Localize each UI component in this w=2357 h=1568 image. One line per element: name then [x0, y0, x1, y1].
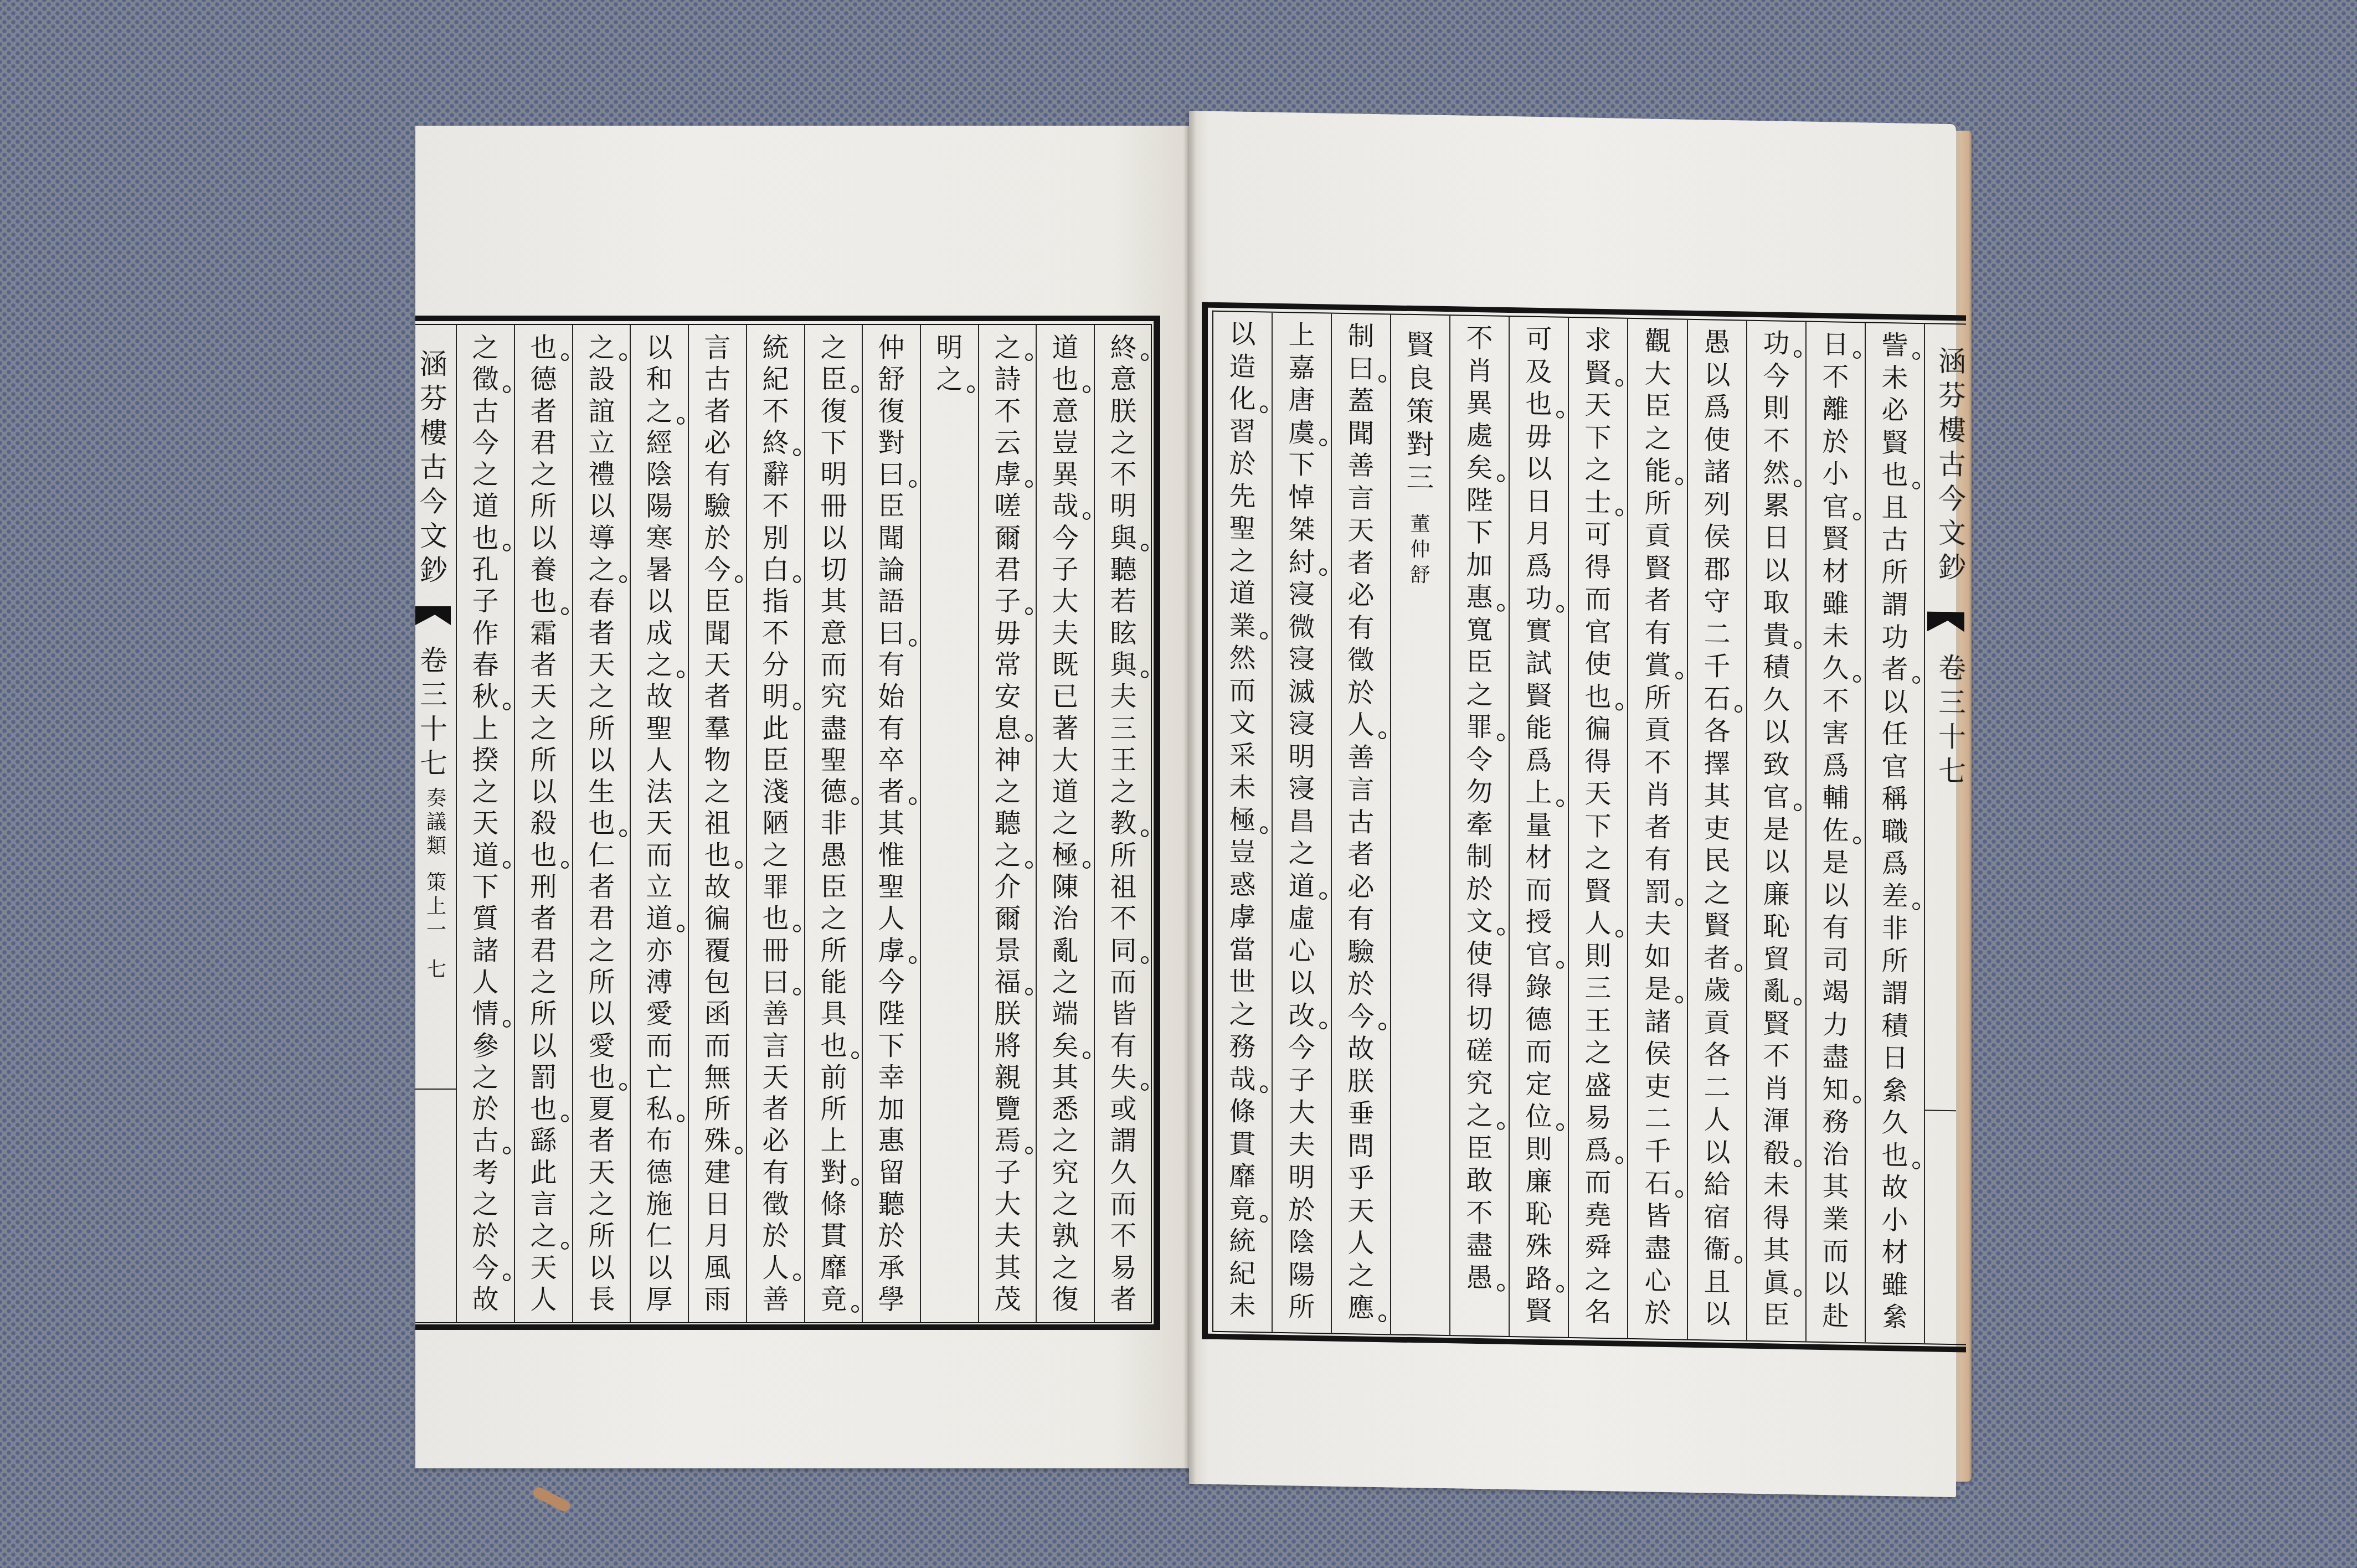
character: 覽 [979, 1094, 1036, 1125]
character: 名 [1569, 1296, 1627, 1329]
character: 故 [1332, 1033, 1390, 1066]
character: 哉 [1037, 491, 1094, 522]
punctuation-circle [561, 353, 569, 361]
punctuation-circle [619, 353, 627, 361]
punctuation-circle [1025, 861, 1033, 869]
character: 歲 [1688, 974, 1746, 1007]
punctuation-circle [1794, 1289, 1802, 1297]
punctuation-circle [1912, 902, 1920, 910]
character: 而 [805, 649, 862, 681]
punctuation-circle [1319, 439, 1327, 446]
character: 者 [515, 649, 572, 681]
character: 議 [420, 811, 453, 834]
character: 云 [979, 427, 1036, 459]
character: 貢 [1629, 519, 1687, 553]
character: 謂 [1866, 588, 1924, 621]
punctuation-circle [1735, 964, 1742, 972]
character: 竟 [1213, 1192, 1272, 1225]
character: 天 [573, 1157, 630, 1189]
character: 天 [689, 649, 746, 681]
character: 久 [1866, 1106, 1924, 1139]
character: 十 [415, 712, 452, 746]
punctuation-circle [503, 544, 511, 551]
character: 此 [515, 1157, 572, 1189]
character: 以 [631, 1252, 688, 1284]
paper-debris-speck [531, 1486, 572, 1514]
character: 學 [863, 1284, 920, 1316]
character: 錄 [1510, 971, 1568, 1004]
character: 布 [631, 1125, 688, 1157]
character: 以 [1273, 967, 1331, 1000]
character: 論 [863, 554, 920, 586]
character: 貴 [1747, 618, 1805, 652]
character: 七 [420, 958, 453, 982]
character: 非 [1866, 912, 1924, 945]
character: 久 [1747, 683, 1805, 716]
character: 不 [1747, 1040, 1805, 1073]
text-column: 之詩不云虖嗟爾君子毋常安息神之聽之介爾景福朕將親覽焉子大夫其茂 [978, 325, 1036, 1322]
character: 也 [689, 840, 746, 871]
punctuation-circle [503, 861, 511, 869]
fish-tail-ornament-icon [415, 606, 451, 625]
character: 賢 [1391, 328, 1449, 362]
character: 於 [1450, 873, 1509, 906]
character: 其 [1037, 1062, 1094, 1094]
character: 恥 [1510, 1198, 1568, 1231]
character: 積 [1866, 1009, 1924, 1043]
character: 故 [689, 871, 746, 903]
punctuation-circle [967, 385, 975, 393]
character: 觀 [1629, 325, 1687, 358]
character: 臣 [1450, 646, 1509, 679]
punctuation-circle [1853, 1096, 1861, 1103]
character: 道 [1037, 776, 1094, 808]
leaf-number: 七 [420, 958, 453, 982]
character: 日 [1807, 328, 1865, 361]
character: 者 [515, 396, 572, 427]
character: 有 [1332, 611, 1390, 644]
character: 陛 [1450, 484, 1509, 517]
character: 也 [805, 1030, 862, 1062]
character: 必 [689, 427, 746, 459]
character: 上 [1510, 776, 1568, 809]
punctuation-circle [1497, 733, 1505, 741]
character: 竭 [1807, 976, 1865, 1009]
character: 能 [1629, 455, 1687, 488]
character: 樓 [415, 416, 452, 450]
punctuation-circle [1794, 350, 1802, 358]
character: 則 [1747, 392, 1805, 425]
character: 雖 [1807, 587, 1865, 620]
character: 貿 [1747, 942, 1805, 976]
character: 之 [689, 776, 746, 808]
right-page: 訾未必賢也且古所謂功者以任官稱職爲差非所謂積日絫久也故小材雖絫 日不離於小官賢材… [1189, 111, 1956, 1497]
character: 子 [1273, 1064, 1331, 1097]
character: 君 [515, 427, 572, 459]
character: 吏 [1688, 812, 1746, 845]
character: 吏 [1629, 1070, 1687, 1103]
character: 繇 [515, 1125, 572, 1157]
character: 舒 [863, 364, 920, 395]
character: 徵 [747, 1189, 804, 1220]
character: 肖 [1629, 778, 1687, 812]
character: 其 [979, 1252, 1036, 1284]
character: 白 [747, 554, 804, 586]
character: 此 [747, 713, 804, 745]
punctuation-circle [1556, 961, 1564, 969]
character: 考 [457, 1157, 514, 1189]
character: 今 [457, 427, 514, 459]
left-page: 終意朕之不明與聽若眩與夫三王之教所祖不同而皆有失或謂久而不易者 道也意豈異哉今子… [415, 126, 1189, 1468]
punctuation-circle [1556, 605, 1564, 612]
character: 未 [1866, 362, 1924, 395]
character: 三 [1936, 685, 1969, 720]
character: 務 [1213, 1030, 1272, 1064]
character: 同 [1095, 935, 1152, 967]
character: 下 [1569, 421, 1627, 454]
character: 聖 [863, 871, 920, 903]
punctuation-circle [1319, 568, 1327, 576]
column-text: 統紀不終辭不別白指不分明此臣淺陋之罪也冊曰善言天者必有徵於人善 [747, 332, 804, 1316]
character: 道 [1037, 332, 1094, 364]
punctuation-circle [503, 1020, 511, 1028]
character: 卷 [415, 643, 452, 678]
character: 大 [1037, 745, 1094, 776]
character: 也 [1866, 458, 1924, 492]
character: 寬 [1450, 613, 1509, 647]
punctuation-circle [561, 861, 569, 869]
character: 心 [1629, 1264, 1687, 1297]
character: 者 [747, 1094, 804, 1125]
character: 之 [979, 840, 1036, 871]
character: 人 [1332, 709, 1390, 742]
character: 以 [573, 491, 630, 522]
punctuation-circle [851, 797, 859, 805]
character: 建 [689, 1157, 746, 1189]
character: 也 [573, 1062, 630, 1094]
punctuation-circle [1675, 477, 1683, 485]
character: 材 [1866, 1236, 1924, 1269]
character: 必 [747, 1125, 804, 1157]
text-column: 道也意豈異哉今子大夫既已著大道之極陳治亂之端矣其悉之究之孰之復 [1036, 325, 1094, 1322]
character: 有 [689, 459, 746, 491]
punctuation-circle [1556, 1285, 1564, 1293]
character: 哉 [1213, 1062, 1272, 1096]
character: 子 [1037, 554, 1094, 586]
character: 而 [1510, 874, 1568, 907]
character: 亡 [631, 1062, 688, 1094]
punctuation-circle [503, 703, 511, 710]
character: 類 [420, 834, 453, 858]
character: 景 [979, 935, 1036, 967]
character: 衞 [1688, 1233, 1746, 1266]
character: 則 [1569, 939, 1627, 972]
character: 寖 [1273, 578, 1331, 611]
character: 之 [1095, 776, 1152, 808]
character: 使 [1569, 648, 1627, 681]
character: 所 [1095, 840, 1152, 871]
character: 取 [1747, 586, 1805, 620]
character: 異 [1037, 459, 1094, 491]
character: 切 [1450, 1002, 1509, 1035]
column-text: 仲舒復對曰臣聞論語曰有始有卒者其惟聖人虖今陛下幸加惠留聽於承學 [863, 332, 920, 1316]
character: 以 [1688, 1298, 1746, 1331]
character: 之 [573, 681, 630, 713]
character: 情 [457, 998, 514, 1030]
character: 條 [805, 1189, 862, 1220]
character: 復 [863, 396, 920, 427]
character: 日 [1866, 1041, 1924, 1075]
character: 仁 [573, 840, 630, 871]
character: 立 [573, 427, 630, 459]
character: 今 [1747, 359, 1805, 393]
character: 愚 [1450, 1261, 1509, 1294]
character: 復 [805, 396, 862, 427]
punctuation-circle [1615, 1156, 1623, 1164]
character: 爲 [1510, 744, 1568, 777]
character: 謂 [1095, 1125, 1152, 1157]
character: 嘉 [1273, 351, 1331, 384]
character: 天 [515, 1252, 572, 1284]
column-text: 求賢天下之士可得而官使也徧得天下之賢人則三王之盛易爲而堯舜之名 [1569, 324, 1627, 1329]
character: 物 [689, 745, 746, 776]
character: 以 [1688, 1136, 1746, 1169]
column-text: 明之 [921, 332, 978, 396]
character: 小 [1807, 457, 1865, 491]
character: 求 [1569, 324, 1627, 357]
character: 使 [1450, 937, 1509, 971]
character: 也 [573, 808, 630, 839]
character: 終 [747, 427, 804, 459]
character: 人 [515, 1284, 572, 1316]
character: 郡 [1688, 553, 1746, 586]
character: 董 [1391, 511, 1449, 538]
character: 而 [1095, 1189, 1152, 1220]
character: 留 [863, 1157, 920, 1189]
character: 心 [1273, 934, 1331, 967]
punctuation-circle [1141, 829, 1149, 837]
punctuation-circle [793, 703, 801, 710]
punctuation-circle [1912, 675, 1920, 683]
character: 曰 [1332, 352, 1390, 385]
character: 人 [631, 745, 688, 776]
character: 者 [1332, 838, 1390, 871]
character: 天 [1332, 514, 1390, 548]
character: 必 [1332, 579, 1390, 612]
character: 以 [1747, 554, 1805, 587]
punctuation-circle [619, 1083, 627, 1091]
text-column: 仲舒復對曰臣聞論語曰有始有卒者其惟聖人虖今陛下幸加惠留聽於承學 [862, 325, 920, 1322]
character: 春 [573, 586, 630, 617]
character: 而 [1213, 674, 1272, 707]
character: 之 [631, 649, 688, 681]
character: 三 [1095, 713, 1152, 745]
character: 芬 [1936, 379, 1969, 414]
text-column: 以造化習於先聖之道業然而文采未極豈惑虖當世之務哉條貫靡竟統紀未 [1213, 312, 1273, 1332]
character: 涵 [1936, 344, 1969, 379]
character: 日 [1747, 522, 1805, 555]
character: 二 [1629, 1102, 1687, 1136]
character: 定 [1510, 1068, 1568, 1101]
text-column: 明之 [920, 325, 978, 1322]
character: 上 [457, 713, 514, 745]
character: 之 [457, 1062, 514, 1094]
character: 民 [1688, 844, 1746, 878]
character: 輔 [1807, 781, 1865, 814]
character: 化 [1213, 383, 1272, 416]
character: 之 [1213, 998, 1272, 1031]
character: 條 [1213, 1095, 1272, 1128]
character: 古 [457, 1125, 514, 1157]
character: 渾 [1747, 1105, 1805, 1138]
character: 者 [1332, 546, 1390, 580]
punctuation-circle [1025, 353, 1033, 361]
punctuation-circle [503, 1273, 511, 1281]
character: 上 [1273, 319, 1331, 352]
character: 而 [1095, 967, 1152, 998]
character: 故 [457, 1284, 514, 1316]
character: 於 [689, 523, 746, 554]
character: 天 [457, 808, 514, 839]
punctuation-circle [1025, 1147, 1033, 1154]
character: 善 [1332, 741, 1390, 774]
punctuation-circle [1378, 1023, 1386, 1030]
character: 之 [457, 459, 514, 491]
character: 是 [1807, 846, 1865, 879]
punctuation-circle [793, 925, 801, 932]
column-text: 以造化習於先聖之道業然而文采未極豈惑虖當世之務哉條貫靡竟統紀未 [1213, 318, 1272, 1323]
character: 道 [457, 840, 514, 871]
character: 賢 [1510, 1294, 1568, 1328]
punctuation-circle [1497, 474, 1505, 482]
character: 悉 [1037, 1094, 1094, 1125]
character: 加 [1450, 549, 1509, 582]
character: 以 [1807, 879, 1865, 912]
heading-column: 賢良策對三 董仲舒 [1391, 314, 1450, 1335]
punctuation-circle [909, 480, 917, 488]
character: 惟 [863, 840, 920, 871]
punctuation-circle [1025, 480, 1033, 488]
character: 古 [689, 364, 746, 395]
column-text: 言古者必有驗於今臣聞天者羣物之祖也故徧覆包函而無所殊建日月風雨 [689, 332, 746, 1316]
character: 當 [1213, 933, 1272, 966]
character: 訾 [1866, 329, 1924, 362]
character: 長 [573, 1284, 630, 1316]
character: 之 [1037, 1252, 1094, 1284]
character: 之 [631, 396, 688, 427]
book-title: 涵芬樓古今文鈔 [1936, 344, 1969, 585]
character: 文 [415, 519, 452, 553]
punctuation-circle [851, 1305, 859, 1313]
character: 之 [1273, 837, 1331, 870]
character: 貢 [1629, 714, 1687, 747]
character: 下 [457, 871, 514, 903]
character: 芬 [415, 381, 452, 416]
character: 刑 [515, 871, 572, 903]
character: 覆 [689, 935, 746, 967]
character: 善 [747, 1284, 804, 1316]
character: 息 [979, 713, 1036, 745]
character: 厚 [631, 1284, 688, 1316]
character: 豈 [1213, 836, 1272, 869]
character: 桀 [1273, 513, 1331, 546]
character: 古 [1936, 447, 1969, 482]
character: 虛 [1273, 902, 1331, 935]
character: 朕 [1332, 1065, 1390, 1098]
punctuation-circle [1794, 803, 1802, 811]
character: 不 [1095, 459, 1152, 491]
text-column: 上嘉唐虞下悼桀紂寖微寖滅寖明寖昌之道虛心以改今子大夫明於陰陽所 [1273, 313, 1332, 1333]
text-column: 也德者君之所以養也霜者天之所以殺也刑者君之所以罰也繇此言之天人 [514, 325, 572, 1322]
character: 月 [1510, 517, 1568, 550]
punctuation-circle [561, 607, 569, 615]
character: 今 [1037, 523, 1094, 554]
character: 明 [1273, 740, 1331, 773]
text-column: 制曰蓋聞善言天者必有徵於人善言古者必有驗於今故朕垂問乎天人之應 [1332, 314, 1391, 1334]
character: 令 [1450, 743, 1509, 776]
character: 者 [1629, 584, 1687, 617]
punctuation-circle [1675, 1190, 1683, 1198]
character: 設 [573, 364, 630, 395]
character: 之 [921, 364, 978, 395]
text-column: 訾未必賢也且古所謂功者以任官稱職爲差非所謂積日絫久也故小材雖絫 [1866, 323, 1925, 1343]
punctuation-circle [1260, 826, 1268, 834]
column-text: 不肖異處矣陛下加惠寬臣之罪令勿牽制於文使得切磋究之臣敢不盡愚 [1450, 322, 1509, 1294]
punctuation-circle [1083, 861, 1090, 869]
character: 祖 [1095, 871, 1152, 903]
character: 昌 [1273, 804, 1331, 838]
character: 大 [1273, 1096, 1331, 1129]
character: 質 [457, 903, 514, 935]
character: 不 [979, 396, 1036, 427]
character: 貢 [1688, 1006, 1746, 1039]
character: 以 [573, 998, 630, 1030]
text-column: 不肖異處矣陛下加惠寬臣之罪令勿牽制於文使得切磋究之臣敢不盡愚 [1450, 316, 1510, 1336]
character: 得 [1569, 745, 1627, 778]
category-label: 奏議類 [420, 787, 453, 858]
character: 敢 [1450, 1164, 1509, 1197]
text-column: 以和之經陰陽寒暑以成之故聖人法天而立道亦溥愛而亡私布德施仁以厚 [630, 325, 688, 1322]
character: 功 [1866, 621, 1924, 654]
character: 今 [863, 967, 920, 998]
character: 上 [805, 1125, 862, 1157]
character: 不 [747, 618, 804, 649]
character: 肖 [1450, 354, 1509, 388]
character: 不 [1747, 424, 1805, 457]
character: 臣 [747, 745, 804, 776]
character: 函 [689, 998, 746, 1030]
character: 惑 [1213, 868, 1272, 901]
character: 廉 [1510, 1165, 1568, 1198]
character: 而 [1807, 1235, 1865, 1268]
punctuation-circle [677, 1115, 685, 1122]
punctuation-circle [1141, 956, 1149, 964]
character: 以 [631, 586, 688, 617]
character: 之 [515, 459, 572, 491]
character: 和 [631, 364, 688, 395]
character: 今 [1936, 482, 1969, 517]
character: 七 [1936, 754, 1969, 789]
character: 德 [805, 776, 862, 808]
character: 下 [1273, 448, 1331, 482]
character: 賢 [1688, 909, 1746, 942]
character: 聽 [863, 1189, 920, 1220]
character: 罪 [747, 871, 804, 903]
character: 則 [1510, 1133, 1568, 1166]
punctuation-circle [1141, 544, 1149, 551]
character: 究 [1450, 1067, 1509, 1100]
character: 士 [1569, 486, 1627, 519]
